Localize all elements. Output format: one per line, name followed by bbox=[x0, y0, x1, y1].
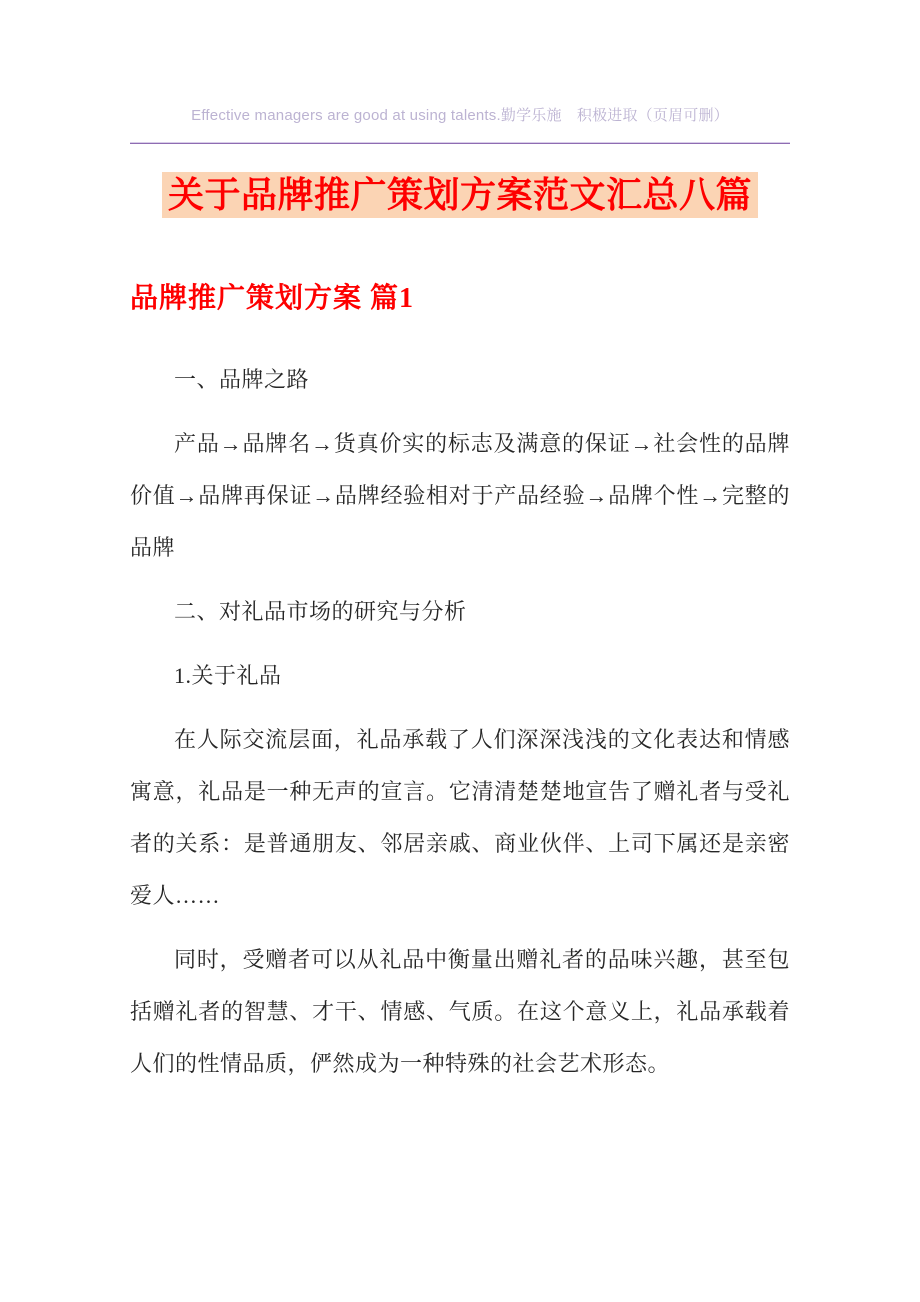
paragraph-brand-chain: 产品→品牌名→货真价实的标志及满意的保证→社会性的品牌价值→品牌再保证→品牌经验… bbox=[130, 418, 790, 574]
document-page: Effective managers are good at using tal… bbox=[0, 0, 920, 1302]
paragraph-gift-communication: 在人际交流层面，礼品承载了人们深深浅浅的文化表达和情感寓意，礼品是一种无声的宣言… bbox=[130, 714, 790, 922]
paragraph-subheading-1: 1.关于礼品 bbox=[130, 650, 790, 702]
paragraph-heading-2: 二、对礼品市场的研究与分析 bbox=[130, 586, 790, 638]
title-row: 关于品牌推广策划方案范文汇总八篇 bbox=[130, 172, 790, 218]
section-heading: 品牌推广策划方案 篇1 bbox=[130, 282, 790, 316]
document-body: 一、品牌之路 产品→品牌名→货真价实的标志及满意的保证→社会性的品牌价值→品牌再… bbox=[130, 354, 790, 1090]
paragraph-heading-1: 一、品牌之路 bbox=[130, 354, 790, 406]
header-divider bbox=[130, 142, 790, 144]
paragraph-gift-meaning: 同时，受赠者可以从礼品中衡量出赠礼者的品味兴趣，甚至包括赠礼者的智慧、才干、情感… bbox=[130, 934, 790, 1090]
document-content: Effective managers are good at using tal… bbox=[130, 0, 790, 1090]
document-title: 关于品牌推广策划方案范文汇总八篇 bbox=[162, 172, 758, 218]
page-header-text: Effective managers are good at using tal… bbox=[130, 106, 790, 126]
